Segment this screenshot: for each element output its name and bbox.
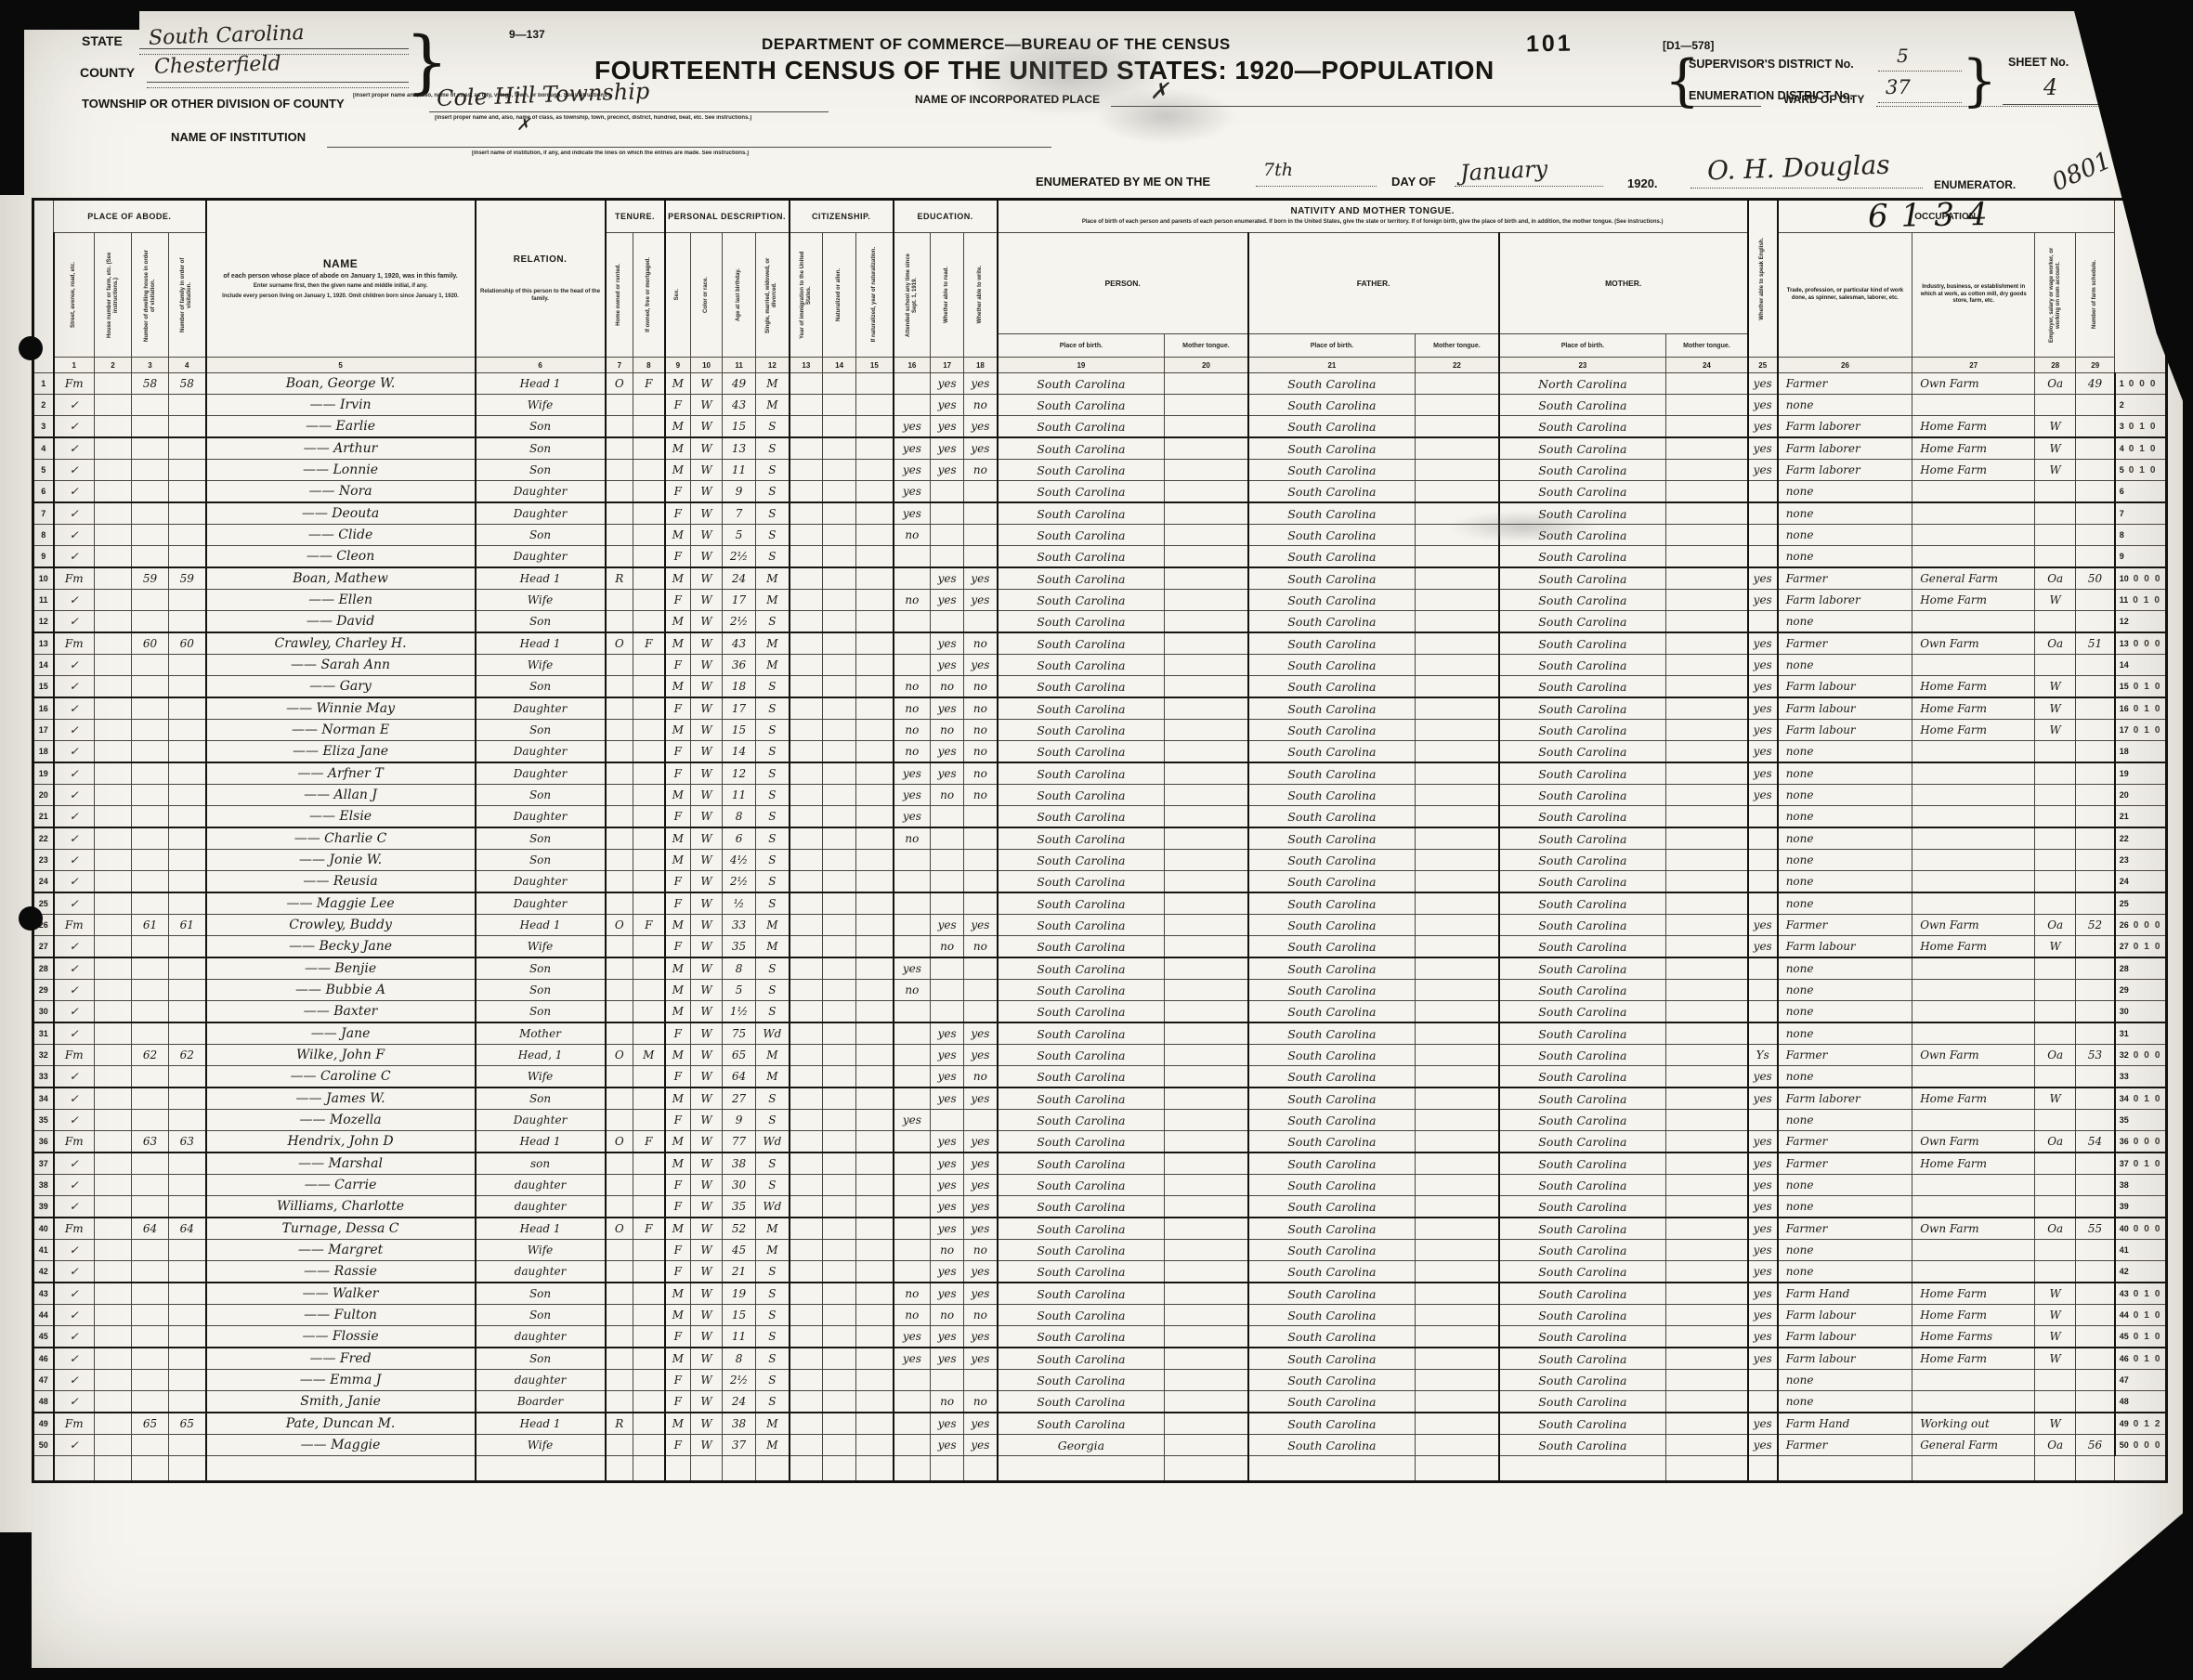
cell-a: Fm: [54, 632, 95, 655]
cell-ft: [1416, 1131, 1499, 1153]
line-number-left: 35: [33, 1110, 54, 1131]
cell-c: W: [691, 546, 723, 568]
cell-ind: Own Farm: [1912, 1131, 2035, 1153]
cell-mt2: [1666, 1001, 1748, 1023]
cell-fs: [2076, 525, 2115, 546]
cell-pt: [1165, 1131, 1248, 1153]
cell-em: [2035, 871, 2076, 893]
cell-name: —— Gary: [206, 676, 476, 698]
cell-pb: South Carolina: [998, 1240, 1165, 1261]
enumerator-signature: O. H. Douglas: [1706, 150, 1890, 187]
cell-d: [132, 1283, 169, 1305]
cell-rd: yes: [931, 1153, 964, 1175]
line-number-left: 18: [33, 741, 54, 763]
cell-i3: [856, 915, 894, 936]
cell-sc: [894, 1066, 931, 1088]
cell-sc: yes: [894, 416, 931, 438]
margin-stamp: 010: [2134, 1289, 2166, 1299]
column-number: 29: [2076, 358, 2115, 373]
cell-i2: [823, 416, 856, 438]
scan-corner-bottom-right: [1988, 1504, 2193, 1680]
cell-d: [132, 1391, 169, 1413]
cell-sx: F: [665, 1326, 691, 1348]
cell-tr: none: [1778, 1066, 1912, 1088]
cell-ind: [1912, 1110, 2035, 1131]
cell-wr: yes: [964, 1435, 998, 1456]
cell-em: [2035, 546, 2076, 568]
cell-a: ✓: [54, 1022, 95, 1045]
cell-tr: none: [1778, 1240, 1912, 1261]
page-code: 0801: [2048, 147, 2116, 197]
cell-name: —— Bubbie A: [206, 980, 476, 1001]
cell-fb: South Carolina: [1248, 1153, 1416, 1175]
cell-d: [132, 676, 169, 698]
cell-sc: no: [894, 1305, 931, 1326]
cell-name: —— Maggie Lee: [206, 892, 476, 915]
cell-en: yes: [1748, 655, 1778, 676]
cell-d: [132, 957, 169, 980]
cell-pb: South Carolina: [998, 1261, 1165, 1283]
cell-c: W: [691, 611, 723, 633]
cell-ft: [1416, 546, 1499, 568]
cell-i2: [823, 611, 856, 633]
line-number-right: 33: [2115, 1066, 2167, 1088]
census-row: 41✓—— MargretWifeFW45MnonoSouth Carolina…: [33, 1240, 2167, 1261]
cell-mb: South Carolina: [1499, 1218, 1666, 1240]
state-value: South Carolina: [149, 21, 305, 50]
cell-i3: [856, 1131, 894, 1153]
cell-i3: [856, 1370, 894, 1391]
cell-fb: South Carolina: [1248, 1110, 1416, 1131]
cell-pt: [1165, 1370, 1248, 1391]
cell-pb: South Carolina: [998, 437, 1165, 460]
cell-i3: [856, 437, 894, 460]
cell-a: ✓: [54, 1435, 95, 1456]
cell-sx: M: [665, 1131, 691, 1153]
cell-ft: [1416, 827, 1499, 850]
cell-c: W: [691, 762, 723, 785]
cell-a: ✓: [54, 611, 95, 633]
cell-f: [169, 1087, 206, 1110]
cell-fb: South Carolina: [1248, 1131, 1416, 1153]
cell-pb: South Carolina: [998, 1087, 1165, 1110]
cell-wr: [964, 481, 998, 503]
cell-i2: [823, 373, 856, 395]
cell-i2: [823, 481, 856, 503]
father-mother-tongue: Mother tongue.: [1416, 334, 1499, 358]
cell-en: yes: [1748, 1218, 1778, 1240]
cell-mb: South Carolina: [1499, 806, 1666, 828]
cell-sx: M: [665, 416, 691, 438]
cell-tr: Farmer: [1778, 567, 1912, 590]
blank-row: [33, 1456, 2167, 1482]
col-family-number: Number of family in order of visitation.: [169, 233, 206, 358]
cell-c: W: [691, 437, 723, 460]
cell-fs: [2076, 697, 2115, 720]
cell-mt2: [1666, 1045, 1748, 1066]
cell-f: [169, 1326, 206, 1348]
cell-c: W: [691, 915, 723, 936]
cell-pb: South Carolina: [998, 1348, 1165, 1370]
margin-stamp: 010: [2134, 1159, 2166, 1169]
col-able-to-write: Whether able to write.: [964, 233, 998, 358]
cell-o: [606, 871, 633, 893]
cell-i1: [790, 502, 823, 525]
cell-i2: [823, 1326, 856, 1348]
cell-tr: Farmer: [1778, 1131, 1912, 1153]
line-number-right: 15010: [2115, 676, 2167, 698]
cell-mb: South Carolina: [1499, 1326, 1666, 1348]
cell-wr: no: [964, 720, 998, 741]
cell-i3: [856, 1066, 894, 1088]
cell-f: 59: [169, 567, 206, 590]
cell-a: ✓: [54, 806, 95, 828]
cell-en: yes: [1748, 373, 1778, 395]
census-row: 32Fm6262Wilke, John FHead, 1OMMW65Myesye…: [33, 1045, 2167, 1066]
cell-ms: M: [756, 1240, 790, 1261]
line-number-left: 20: [33, 785, 54, 806]
line-number-right: 39: [2115, 1196, 2167, 1218]
column-number: 12: [756, 358, 790, 373]
cell-ind: [1912, 1370, 2035, 1391]
institution-note: [Insert name of institution, if any, and…: [472, 150, 1048, 156]
cell-sc: no: [894, 1283, 931, 1305]
cell-em: [2035, 611, 2076, 633]
cell-c: W: [691, 785, 723, 806]
cell-ft: [1416, 460, 1499, 481]
cell-name: —— Nora: [206, 481, 476, 503]
cell-m: [633, 546, 665, 568]
cell-wr: yes: [964, 1131, 998, 1153]
cell-fb: South Carolina: [1248, 1283, 1416, 1305]
cell-ft: [1416, 936, 1499, 958]
cell-d: [132, 395, 169, 416]
cell-mb: South Carolina: [1499, 460, 1666, 481]
margin-stamp: 000: [2129, 379, 2161, 389]
cell-rd: yes: [931, 697, 964, 720]
cell-rel: Son: [476, 827, 606, 850]
cell-sx: F: [665, 395, 691, 416]
cell-sx: M: [665, 1348, 691, 1370]
cell-fs: 54: [2076, 1131, 2115, 1153]
census-row: 38✓—— CarriedaughterFW30SyesyesSouth Car…: [33, 1175, 2167, 1196]
cell-pb: South Carolina: [998, 1305, 1165, 1326]
line-number-right: 13000: [2115, 632, 2167, 655]
census-row: 22✓—— Charlie CSonMW6SnoSouth CarolinaSo…: [33, 827, 2167, 850]
cell-sx: F: [665, 590, 691, 611]
cell-mt2: [1666, 762, 1748, 785]
cell-i2: [823, 827, 856, 850]
cell-pb: South Carolina: [998, 1022, 1165, 1045]
cell-pt: [1165, 395, 1248, 416]
cell-o: [606, 546, 633, 568]
cell-ms: S: [756, 850, 790, 871]
cell-mt2: [1666, 632, 1748, 655]
cell-sc: [894, 1001, 931, 1023]
cell-name: —— Margret: [206, 1240, 476, 1261]
cell-en: [1748, 827, 1778, 850]
cell-h: [95, 957, 132, 980]
cell-wr: [964, 892, 998, 915]
cell-i2: [823, 1240, 856, 1261]
cell-fb: South Carolina: [1248, 416, 1416, 438]
cell-fs: [2076, 460, 2115, 481]
cell-wr: [964, 980, 998, 1001]
cell-sc: [894, 632, 931, 655]
cell-o: [606, 1001, 633, 1023]
cell-i3: [856, 590, 894, 611]
cell-rd: yes: [931, 1175, 964, 1196]
cell-ft: [1416, 1348, 1499, 1370]
cell-h: [95, 676, 132, 698]
cell-mt2: [1666, 1066, 1748, 1088]
cell-tr: none: [1778, 1110, 1912, 1131]
cell-mb: South Carolina: [1499, 1413, 1666, 1435]
cell-sc: [894, 1153, 931, 1175]
line-number-left: 9: [33, 546, 54, 568]
cell-name: —— Irvin: [206, 395, 476, 416]
cell-rel: Mother: [476, 1022, 606, 1045]
column-number: 21: [1248, 358, 1416, 373]
cell-fb: South Carolina: [1248, 590, 1416, 611]
cell-em: [2035, 741, 2076, 763]
cell-h: [95, 871, 132, 893]
cell-wr: yes: [964, 1326, 998, 1348]
cell-tr: none: [1778, 741, 1912, 763]
cell-ind: Home Farm: [1912, 590, 2035, 611]
cell-d: [132, 806, 169, 828]
cell-wr: yes: [964, 655, 998, 676]
cell-em: [2035, 1391, 2076, 1413]
cell-h: [95, 1218, 132, 1240]
cell-age: 2½: [723, 611, 756, 633]
cell-mb: South Carolina: [1499, 762, 1666, 785]
ink-ghost-2: [1096, 88, 1235, 144]
census-row: 26Fm6161Crowley, BuddyHead 1OFMW33Myesye…: [33, 915, 2167, 936]
cell-i3: [856, 871, 894, 893]
cell-mb: South Carolina: [1499, 1045, 1666, 1066]
census-table-body: 1Fm5858Boan, George W.Head 1OFMW49Myesye…: [33, 373, 2167, 1482]
cell-em: [2035, 502, 2076, 525]
cell-rd: [931, 525, 964, 546]
cell-pb: South Carolina: [998, 1045, 1165, 1066]
cell-i3: [856, 395, 894, 416]
cell-name: —— Allan J: [206, 785, 476, 806]
cell-i2: [823, 1305, 856, 1326]
cell-mb: South Carolina: [1499, 1348, 1666, 1370]
cell-i3: [856, 655, 894, 676]
cell-en: [1748, 850, 1778, 871]
cell-pb: South Carolina: [998, 720, 1165, 741]
cell-c: W: [691, 1001, 723, 1023]
cell-o: [606, 676, 633, 698]
cell-i2: [823, 437, 856, 460]
cell-fb: South Carolina: [1248, 460, 1416, 481]
cell-d: [132, 416, 169, 438]
cell-o: [606, 437, 633, 460]
cell-mt2: [1666, 1413, 1748, 1435]
cell-wr: [964, 1110, 998, 1131]
census-row: 39✓Williams, CharlottedaughterFW35Wdyesy…: [33, 1196, 2167, 1218]
line-number-left: 46: [33, 1348, 54, 1370]
line-number-left: 29: [33, 980, 54, 1001]
cell-d: [132, 546, 169, 568]
cell-em: W: [2035, 1413, 2076, 1435]
cell-sx: F: [665, 1022, 691, 1045]
cell-en: yes: [1748, 460, 1778, 481]
cell-sc: [894, 1240, 931, 1261]
cell-f: [169, 546, 206, 568]
cell-ind: Home Farm: [1912, 1348, 2035, 1370]
cell-sx: M: [665, 1045, 691, 1066]
cell-sc: no: [894, 720, 931, 741]
cell-sc: [894, 1413, 931, 1435]
cell-i3: [856, 1153, 894, 1175]
cell-ft: [1416, 1305, 1499, 1326]
cell-i2: [823, 395, 856, 416]
cell-pb: South Carolina: [998, 655, 1165, 676]
cell-ft: [1416, 590, 1499, 611]
census-row: 13Fm6060Crawley, Charley H.Head 1OFMW43M…: [33, 632, 2167, 655]
cell-a: ✓: [54, 957, 95, 980]
cell-sc: no: [894, 741, 931, 763]
cell-sc: [894, 655, 931, 676]
cell-ms: M: [756, 936, 790, 958]
cell-ft: [1416, 1413, 1499, 1435]
cell-h: [95, 1131, 132, 1153]
nativity-father: FATHER.: [1248, 233, 1499, 334]
cell-ms: M: [756, 655, 790, 676]
cell-a: ✓: [54, 1153, 95, 1175]
cell-en: yes: [1748, 741, 1778, 763]
cell-o: [606, 980, 633, 1001]
cell-em: W: [2035, 720, 2076, 741]
margin-stamp: 000: [2134, 920, 2166, 931]
cell-pt: [1165, 525, 1248, 546]
cell-i1: [790, 373, 823, 395]
cell-mb: South Carolina: [1499, 871, 1666, 893]
cell-pt: [1165, 1435, 1248, 1456]
margin-stamp: 010: [2134, 704, 2166, 714]
cell-fb: South Carolina: [1248, 502, 1416, 525]
cell-tr: none: [1778, 1261, 1912, 1283]
cell-f: [169, 806, 206, 828]
cell-f: 58: [169, 373, 206, 395]
cell-pt: [1165, 1087, 1248, 1110]
mother-mother-tongue: Mother tongue.: [1666, 334, 1748, 358]
cell-mt2: [1666, 481, 1748, 503]
cell-ft: [1416, 1283, 1499, 1305]
cell-fb: South Carolina: [1248, 892, 1416, 915]
cell-f: [169, 1283, 206, 1305]
cell-ms: Wd: [756, 1196, 790, 1218]
column-number: 13: [790, 358, 823, 373]
cell-mt2: [1666, 720, 1748, 741]
cell-rel: Daughter: [476, 546, 606, 568]
cell-name: —— Jonie W.: [206, 850, 476, 871]
cell-m: [633, 1110, 665, 1131]
line-number-right: 11010: [2115, 590, 2167, 611]
cell-fb: South Carolina: [1248, 1022, 1416, 1045]
cell-sx: M: [665, 632, 691, 655]
cell-rel: Head 1: [476, 915, 606, 936]
cell-rd: no: [931, 1240, 964, 1261]
cell-i3: [856, 806, 894, 828]
cell-d: [132, 1370, 169, 1391]
cell-rel: Son: [476, 720, 606, 741]
cell-rel: Head 1: [476, 1413, 606, 1435]
cell-i2: [823, 1022, 856, 1045]
cell-em: Oa: [2035, 1045, 2076, 1066]
cell-wr: no: [964, 1305, 998, 1326]
cell-ms: M: [756, 1066, 790, 1088]
cell-o: [606, 892, 633, 915]
group-name: NAME of each person whose place of abode…: [206, 200, 476, 358]
cell-tr: Farm labour: [1778, 1348, 1912, 1370]
cell-d: [132, 460, 169, 481]
cell-en: [1748, 806, 1778, 828]
cell-sx: F: [665, 806, 691, 828]
cell-m: [633, 567, 665, 590]
cell-f: [169, 957, 206, 980]
cell-h: [95, 827, 132, 850]
cell-mt2: [1666, 697, 1748, 720]
cell-ms: S: [756, 1305, 790, 1326]
cell-age: 15: [723, 1305, 756, 1326]
cell-h: [95, 655, 132, 676]
cell-pb: South Carolina: [998, 611, 1165, 633]
col-dwelling-number: Number of dwelling house in order of vis…: [132, 233, 169, 358]
cell-em: Oa: [2035, 915, 2076, 936]
cell-fb: South Carolina: [1248, 936, 1416, 958]
cell-em: [2035, 785, 2076, 806]
cell-a: ✓: [54, 1087, 95, 1110]
cell-name: —— Benjie: [206, 957, 476, 980]
cell-c: W: [691, 373, 723, 395]
enumerated-day: 7th: [1263, 160, 1293, 180]
cell-en: [1748, 1022, 1778, 1045]
cell-d: 58: [132, 373, 169, 395]
cell-pt: [1165, 1045, 1248, 1066]
cell-pb: South Carolina: [998, 1175, 1165, 1196]
margin-stamp: 000: [2134, 1224, 2166, 1234]
cell-a: ✓: [54, 1110, 95, 1131]
cell-age: 9: [723, 481, 756, 503]
cell-rel: Head 1: [476, 373, 606, 395]
cell-pb: South Carolina: [998, 850, 1165, 871]
column-number: 28: [2035, 358, 2076, 373]
cell-i2: [823, 1370, 856, 1391]
scan-edge-bottom: [0, 1668, 2193, 1680]
census-row: 21✓—— ElsieDaughterFW8SyesSouth Carolina…: [33, 806, 2167, 828]
line-number-left: 16: [33, 697, 54, 720]
cell-c: W: [691, 1435, 723, 1456]
column-number: 6: [476, 358, 606, 373]
cell-fb: South Carolina: [1248, 1435, 1416, 1456]
cell-fs: [2076, 806, 2115, 828]
cell-mt2: [1666, 1196, 1748, 1218]
margin-stamp: 000: [2134, 1050, 2166, 1061]
col-trade: Trade, profession, or particular kind of…: [1778, 233, 1912, 358]
cell-a: ✓: [54, 850, 95, 871]
margin-stamp: 010: [2134, 1310, 2166, 1321]
cell-em: Oa: [2035, 1435, 2076, 1456]
cell-ft: [1416, 1153, 1499, 1175]
cell-m: [633, 1326, 665, 1348]
cell-wr: no: [964, 697, 998, 720]
cell-pt: [1165, 1391, 1248, 1413]
enumerated-prefix: ENUMERATED BY ME ON THE: [1036, 175, 1210, 189]
